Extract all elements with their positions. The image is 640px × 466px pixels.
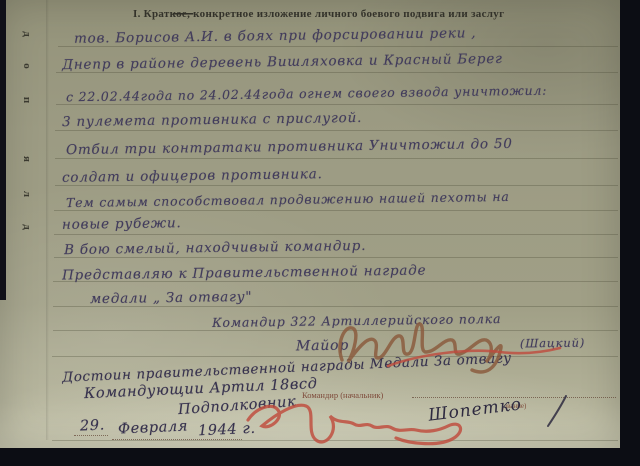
scanned-award-document: д о п я л д —— I. Краткое, конкретное из… — [0, 0, 640, 466]
signature-flourish-stroke — [548, 396, 566, 426]
red-flourish-stroke — [388, 348, 560, 366]
sepia-signature-shatsky-stroke — [340, 324, 501, 372]
illegible-red-signature-stroke — [248, 405, 461, 443]
signature-overlay — [0, 0, 640, 466]
